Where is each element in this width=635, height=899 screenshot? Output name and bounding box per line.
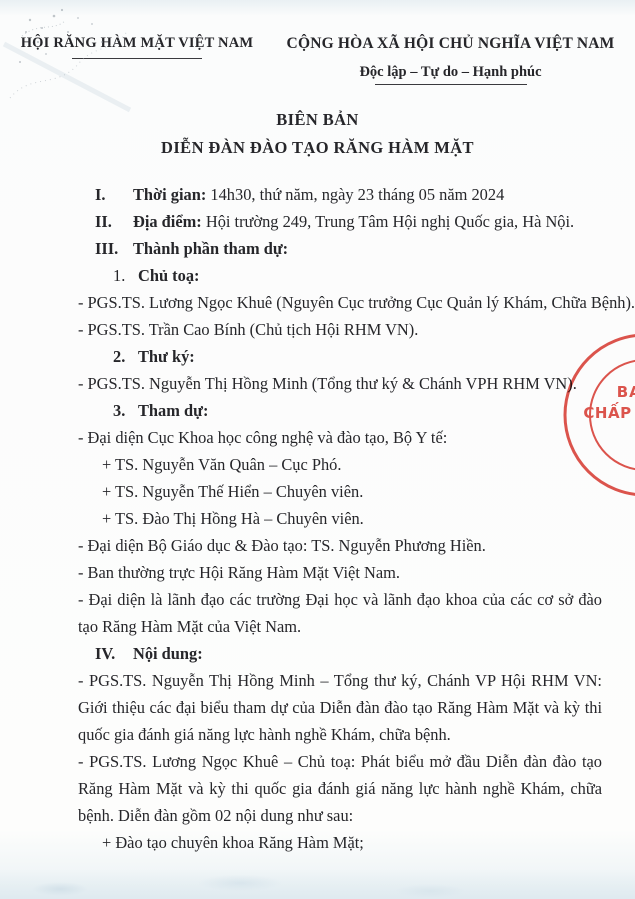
section-label: Thành phần tham dự: [133,239,288,258]
list-item: + TS. Nguyễn Văn Quân – Cục Phó. [78,451,602,478]
list-item: - Đại diện là lãnh đạo các trường Đại họ… [78,586,602,640]
document-subject: DIỄN ĐÀN ĐÀO TẠO RĂNG HÀM MẶT [0,137,635,159]
section-text: 14h30, thứ năm, ngày 23 tháng 05 năm 202… [210,185,504,204]
motto-underline-divider [375,84,527,85]
subsection-secretary: 2.Thư ký: [78,343,602,370]
list-item: - PGS.TS. Nguyễn Thị Hồng Minh (Tổng thư… [78,370,602,397]
section-label: Thời gian: [133,185,206,204]
content-paragraph: - PGS.TS. Lương Ngọc Khuê – Chủ toạ: Phá… [78,748,602,829]
list-item: + TS. Đào Thị Hồng Hà – Chuyên viên. [78,505,602,532]
subsection-number: 3. [113,397,138,424]
section-time: I.Thời gian: 14h30, thứ năm, ngày 23 thá… [78,181,602,208]
national-title: CỘNG HÒA XÃ HỘI CHỦ NGHĨA VIỆT NAM [266,34,635,54]
section-label: Nội dung: [133,644,203,663]
subsection-label: Thư ký: [138,347,195,366]
section-number: I. [95,181,133,208]
stamp-center-line1: BAN [617,383,635,401]
list-item: - PGS.TS. Lương Ngọc Khuê (Nguyên Cục tr… [78,289,602,316]
list-item: - Đại diện Cục Khoa học công nghệ và đào… [78,424,602,451]
section-number: IV. [95,640,133,667]
section-number: II. [95,208,133,235]
agenda-item: + Đào tạo chuyên khoa Răng Hàm Mặt; [78,829,602,856]
subsection-chair: 1.Chủ toạ: [78,262,602,289]
subsection-attendees: 3.Tham dự: [78,397,602,424]
section-venue: II.Địa điểm: Hội trường 249, Trung Tâm H… [78,208,602,235]
document-page: HỘI RĂNG HÀM MẶT VIỆT NAM CỘNG HÒA XÃ HỘ… [0,0,635,899]
subsection-number: 2. [113,343,138,370]
list-item: + TS. Nguyễn Thế Hiển – Chuyên viên. [78,478,602,505]
scan-artifact [0,869,635,899]
list-item: - Đại diện Bộ Giáo dục & Đào tạo: TS. Ng… [78,532,602,559]
section-label: Địa điểm: [133,212,202,231]
national-motto: Độc lập – Tự do – Hạnh phúc [266,63,635,81]
national-header-block: CỘNG HÒA XÃ HỘI CHỦ NGHĨA VIỆT NAM Độc l… [266,34,635,85]
section-participants: III.Thành phần tham dự: [78,235,602,262]
section-content: IV.Nội dung: [78,640,602,667]
pencil-scribble [2,2,142,114]
document-title-block: BIÊN BẢN DIỄN ĐÀN ĐÀO TẠO RĂNG HÀM MẶT [0,109,635,159]
content-paragraph: - PGS.TS. Nguyễn Thị Hồng Minh – Tổng th… [78,667,602,748]
subsection-label: Chủ toạ: [138,266,199,285]
list-item: - PGS.TS. Trần Cao Bính (Chủ tịch Hội RH… [78,316,602,343]
subsection-label: Tham dự: [138,401,208,420]
list-item: - Ban thường trực Hội Răng Hàm Mặt Việt … [78,559,602,586]
section-text: Hội trường 249, Trung Tâm Hội nghị Quốc … [206,212,574,231]
subsection-number: 1. [113,262,138,289]
section-number: III. [95,235,133,262]
document-body: I.Thời gian: 14h30, thứ năm, ngày 23 thá… [78,181,602,856]
